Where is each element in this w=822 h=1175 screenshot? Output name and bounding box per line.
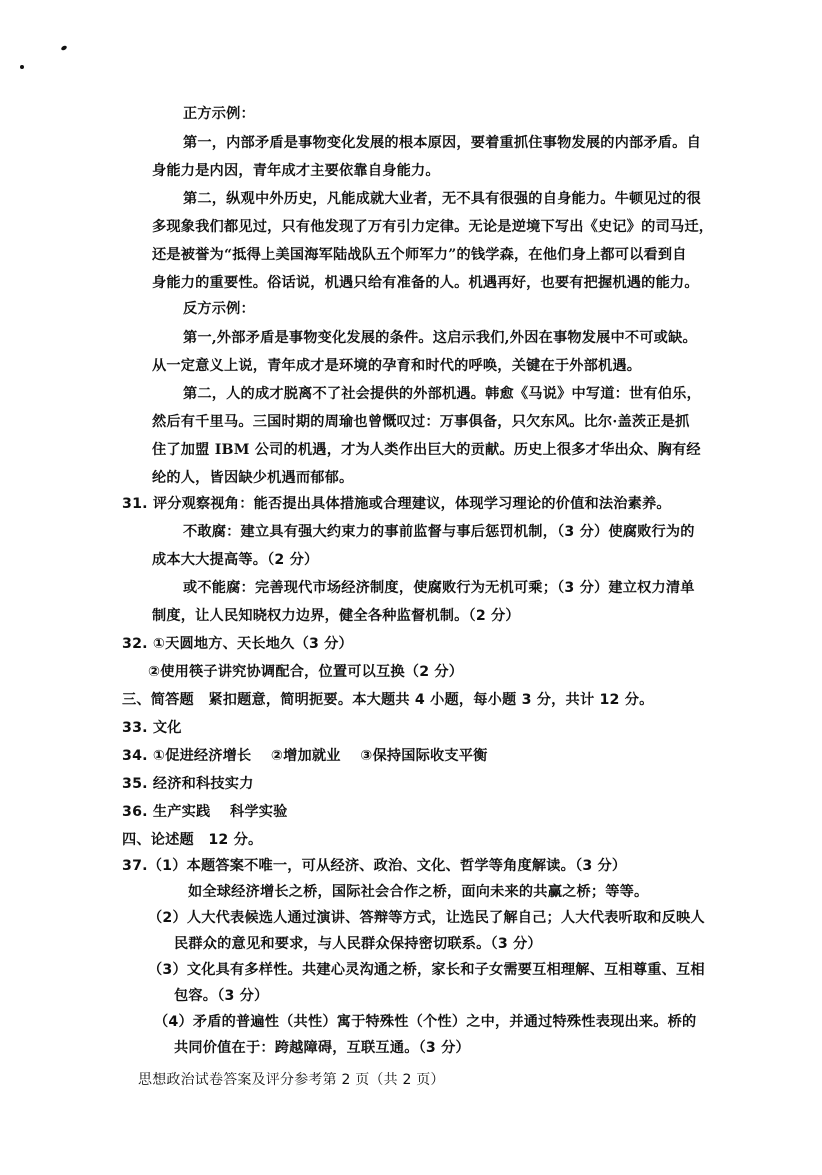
- page-footer: 思想政治试卷答案及评分参考第 2 页（共 2 页）: [138, 1070, 445, 1090]
- paragraph-line: 多现象我们都见过，只有他发现了万有引力定律。无论是逆境下写出《史记》的司马迁，: [152, 217, 713, 237]
- question-34-answer: 34. ①促进经济增长 ②增加就业 ③保持国际收支平衡: [122, 746, 488, 766]
- answer-line: 37.（1）本题答案不唯一，可从经济、政治、文化、哲学等角度解读。（3 分）: [122, 856, 626, 876]
- answer-line: 成本大大提高等。（2 分）: [152, 550, 318, 570]
- paragraph-line: 然后有千里马。三国时期的周瑜也曾慨叹过：万事俱备，只欠东风。比尔·盖茨正是抓: [152, 412, 689, 432]
- paragraph-line: 第一,外部矛盾是事物变化发展的条件。这启示我们,外因在事物发展中不可或缺。: [183, 328, 697, 348]
- positive-heading: 正方示例：: [183, 104, 255, 124]
- answer-line: 不敢腐：建立具有强大约束力的事前监督与事后惩罚机制，（3 分）使腐败行为的: [183, 522, 695, 542]
- scan-mark: [20, 65, 24, 69]
- answer-line: 包容。（3 分）: [174, 986, 268, 1006]
- answer-line: 民群众的意见和要求，与人民群众保持密切联系。（3 分）: [174, 934, 542, 954]
- question-32-answer-1: 32. ①天圆地方、天长地久（3 分）: [122, 634, 353, 654]
- answer-line: 制度，让人民知晓权力边界，健全各种监督机制。（2 分）: [152, 606, 520, 626]
- paragraph-line: 身能力是内因，青年成才主要依靠自身能力。: [152, 161, 440, 181]
- section-3-heading: 三、简答题 紧扣题意，简明扼要。本大题共 4 小题，每小题 3 分，共计 12 …: [122, 690, 654, 710]
- paragraph-line: 第二，纵观中外历史，凡能成就大业者，无不具有很强的自身能力。牛顿见过的很: [183, 189, 701, 209]
- question-31-title: 31. 评分观察视角：能否提出具体措施或合理建议，体现学习理论的价值和法治素养。: [122, 494, 671, 514]
- paragraph-line: 纶的人，皆因缺少机遇而郁郁。: [152, 468, 353, 488]
- answer-line: （2）人大代表候选人通过演讲、答辩等方式，让选民了解自己；人大代表听取和反映人: [148, 908, 705, 928]
- question-35-answer: 35. 经济和科技实力: [122, 774, 254, 794]
- answer-line: 共同价值在于：跨越障碍，互联互通。（3 分）: [174, 1038, 470, 1058]
- question-36-answer: 36. 生产实践 科学实验: [122, 802, 288, 822]
- answer-line: 如全球经济增长之桥，国际社会合作之桥，面向未来的共赢之桥；等等。: [188, 882, 648, 902]
- question-33-answer: 33. 文化: [122, 718, 182, 738]
- answer-line: （4）矛盾的普遍性（共性）寓于特殊性（个性）之中，并通过特殊性表现出来。桥的: [154, 1012, 696, 1032]
- negative-heading: 反方示例：: [183, 299, 255, 319]
- section-4-heading: 四、论述题 12 分。: [122, 830, 262, 850]
- paragraph-line: 第二，人的成才脱离不了社会提供的外部机遇。韩愈《马说》中写道：世有伯乐，: [183, 384, 701, 404]
- paragraph-line: 从一定意义上说，青年成才是环境的孕育和时代的呼唤，关键在于外部机遇。: [152, 356, 641, 376]
- scan-mark: [60, 45, 67, 51]
- answer-line: 或不能腐：完善现代市场经济制度，使腐败行为无机可乘；（3 分）建立权力清单: [183, 578, 695, 598]
- paragraph-line: 身能力的重要性。俗话说，机遇只给有准备的人。机遇再好，也要有把握机遇的能力。: [152, 273, 699, 293]
- paragraph-line: 还是被誉为“抵得上美国海军陆战队五个师军力”的钱学森，在他们身上都可以看到自: [152, 245, 687, 265]
- answer-line: （3）文化具有多样性。共建心灵沟通之桥，家长和子女需要互相理解、互相尊重、互相: [148, 960, 705, 980]
- question-32-answer-2: ②使用筷子讲究协调配合，位置可以互换（2 分）: [148, 662, 463, 682]
- paragraph-line: 第一，内部矛盾是事物变化发展的根本原因，要着重抓住事物发展的内部矛盾。自: [183, 133, 701, 153]
- paragraph-line: 住了加盟 IBM 公司的机遇，才为人类作出巨大的贡献。历史上很多才华出众、胸有经: [152, 440, 701, 460]
